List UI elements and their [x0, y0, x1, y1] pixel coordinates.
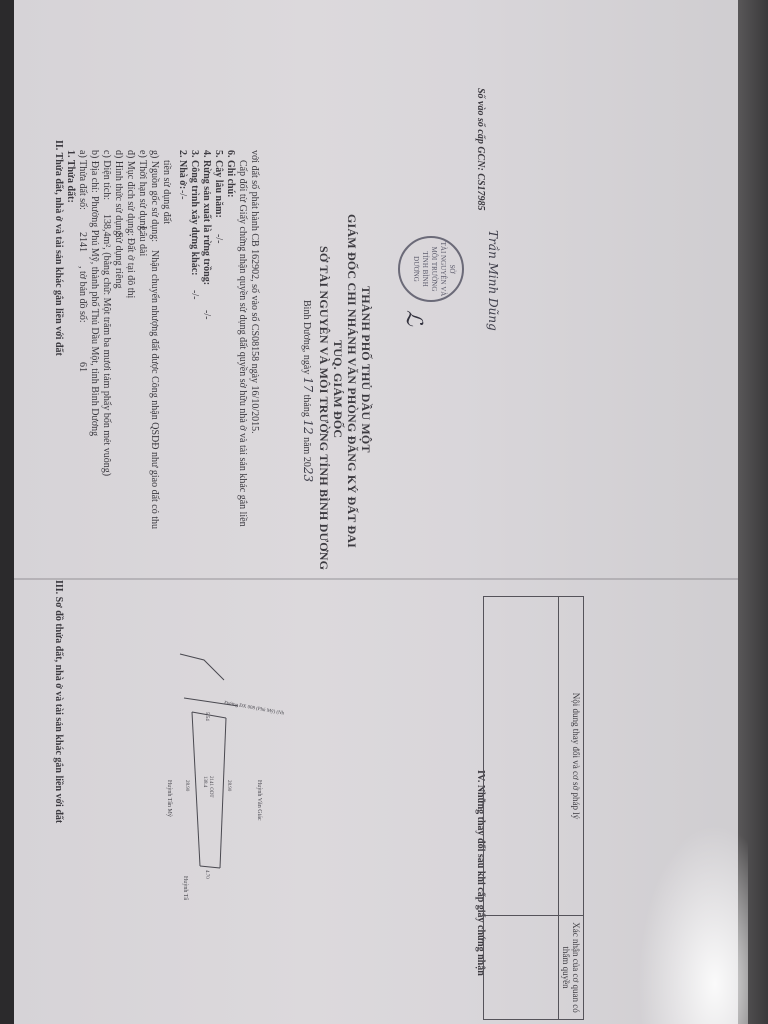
usage-form-value: Sử dụng riêng	[112, 232, 124, 289]
forest-heading: 4. Rừng sản xuất là rừng trồng:	[200, 150, 212, 285]
land-parcel-heading: 1. Thửa đất:	[64, 150, 76, 203]
other-works-value: -/-	[188, 290, 200, 299]
authorization: TUQ. GIÁM ĐỐC	[332, 340, 344, 438]
svg-text:2141 ODT: 2141 ODT	[208, 776, 213, 798]
parcel-number-label: a) Thửa đất số:	[76, 150, 88, 210]
map-sheet-label: , tờ bản đồ số:	[76, 266, 88, 323]
section-iii-title: III. Sơ đồ thửa đất, nhà ở và tài sản kh…	[52, 580, 64, 823]
svg-text:138.4: 138.4	[202, 776, 207, 788]
svg-text:5.54: 5.54	[204, 712, 209, 721]
changes-table: Nội dung thay đổi và cơ sở pháp lý Xác n…	[483, 596, 584, 1020]
svg-text:4.70: 4.70	[204, 870, 209, 879]
section-ii-title: II. Thửa đất, nhà ở và tài sản khác gắn …	[52, 140, 64, 356]
svg-text:Huỳnh Văn Giác: Huỳnh Văn Giác	[256, 780, 262, 821]
branch-director: GIÁM ĐỐC CHI NHÁNH VĂN PHÒNG ĐĂNG KÝ ĐẤT…	[346, 214, 358, 548]
changes-content-cell	[484, 597, 559, 916]
signature-mark: ℒ	[401, 310, 426, 326]
svg-text:28.90: 28.90	[184, 780, 189, 792]
other-works-heading: 3. Công trình xây dựng khác:	[188, 150, 200, 275]
light-glare	[638, 824, 748, 1024]
forest-value: -/-	[200, 310, 212, 319]
sign-year: 23	[301, 467, 315, 482]
svg-text:28.90: 28.90	[226, 780, 231, 792]
official-stamp: SỞ TÀI NGUYÊN VÀ MÔI TRƯỜNG TỈNH BÌNH DƯ…	[398, 236, 464, 302]
changes-column-content: Nội dung thay đổi và cơ sở pháp lý	[559, 597, 584, 916]
perennial-heading: 5. Cây lâu năm:	[212, 150, 224, 218]
house-value: -/-	[176, 190, 188, 199]
notes-heading: 6. Ghi chú:	[224, 150, 236, 198]
perennial-value: -/-	[212, 234, 224, 243]
area-label: c) Diện tích:	[100, 150, 112, 200]
address-label: b) Địa chỉ:	[88, 150, 100, 193]
signer-name: Trần Minh Dũng	[486, 230, 500, 331]
sign-date: Bình Dương, ngày 17 tháng 12 năm 2023	[300, 300, 314, 482]
area-value: 138,4m², (bằng chữ: Một trăm ba mươi tám…	[100, 214, 112, 476]
usage-form-label: d) Hình thức sử dụng:	[112, 150, 124, 238]
term-value: Lâu dài	[136, 226, 148, 256]
term-label: e) Thời hạn sử dụng:	[136, 150, 148, 233]
sign-month: 12	[301, 419, 315, 434]
registry-number: Số vào sổ cấp GCN: CS17985	[474, 88, 486, 211]
origin-value: Nhận chuyển nhượng đất được Công nhận QS…	[148, 250, 160, 529]
svg-text:Huỳnh Tấn Mỹ: Huỳnh Tấn Mỹ	[166, 780, 173, 817]
purpose-value: Đất ở tại đô thị	[124, 238, 136, 298]
parcel-number: 2141	[76, 232, 88, 252]
changes-column-confirmation: Xác nhận của cơ quan có thẩm quyền	[559, 916, 584, 1020]
map-sheet-number: 61	[76, 362, 88, 372]
origin-label: g) Nguồn gốc sử dụng:	[148, 150, 160, 242]
address-value: Phường Phú Mỹ, thành phố Thủ Dầu Một, tỉ…	[88, 196, 100, 436]
parcel-diagram: Đường ĐX 008 (Phú Mỹ) (Nhựa) 28.90 28.90…	[164, 640, 284, 900]
purpose-label: đ) Mục đích sử dụng:	[124, 150, 136, 236]
sign-day: 17	[301, 377, 315, 392]
notes-line-2: với đất số phát hành CB 162902, số vào s…	[248, 150, 260, 434]
origin-value-cont: tiền sử dụng đất	[160, 160, 172, 224]
city-name: THÀNH PHỐ THỦ DẦU MỘT	[360, 286, 372, 453]
issuing-department: SỞ TÀI NGUYÊN VÀ MÔI TRƯỜNG TỈNH BÌNH DƯ…	[318, 246, 330, 570]
changes-confirmation-cell	[484, 916, 559, 1020]
svg-text:Đường ĐX 008 (Phú Mỹ) (Nhựa): Đường ĐX 008 (Phú Mỹ) (Nhựa)	[224, 701, 284, 718]
house-heading: 2. Nhà ở:	[176, 150, 188, 189]
svg-text:Huỳnh Tấn Mỹ: Huỳnh Tấn Mỹ	[182, 876, 189, 900]
notes-line-1: Cấp đổi từ Giấy chứng nhận quyền sử dụng…	[236, 160, 248, 527]
